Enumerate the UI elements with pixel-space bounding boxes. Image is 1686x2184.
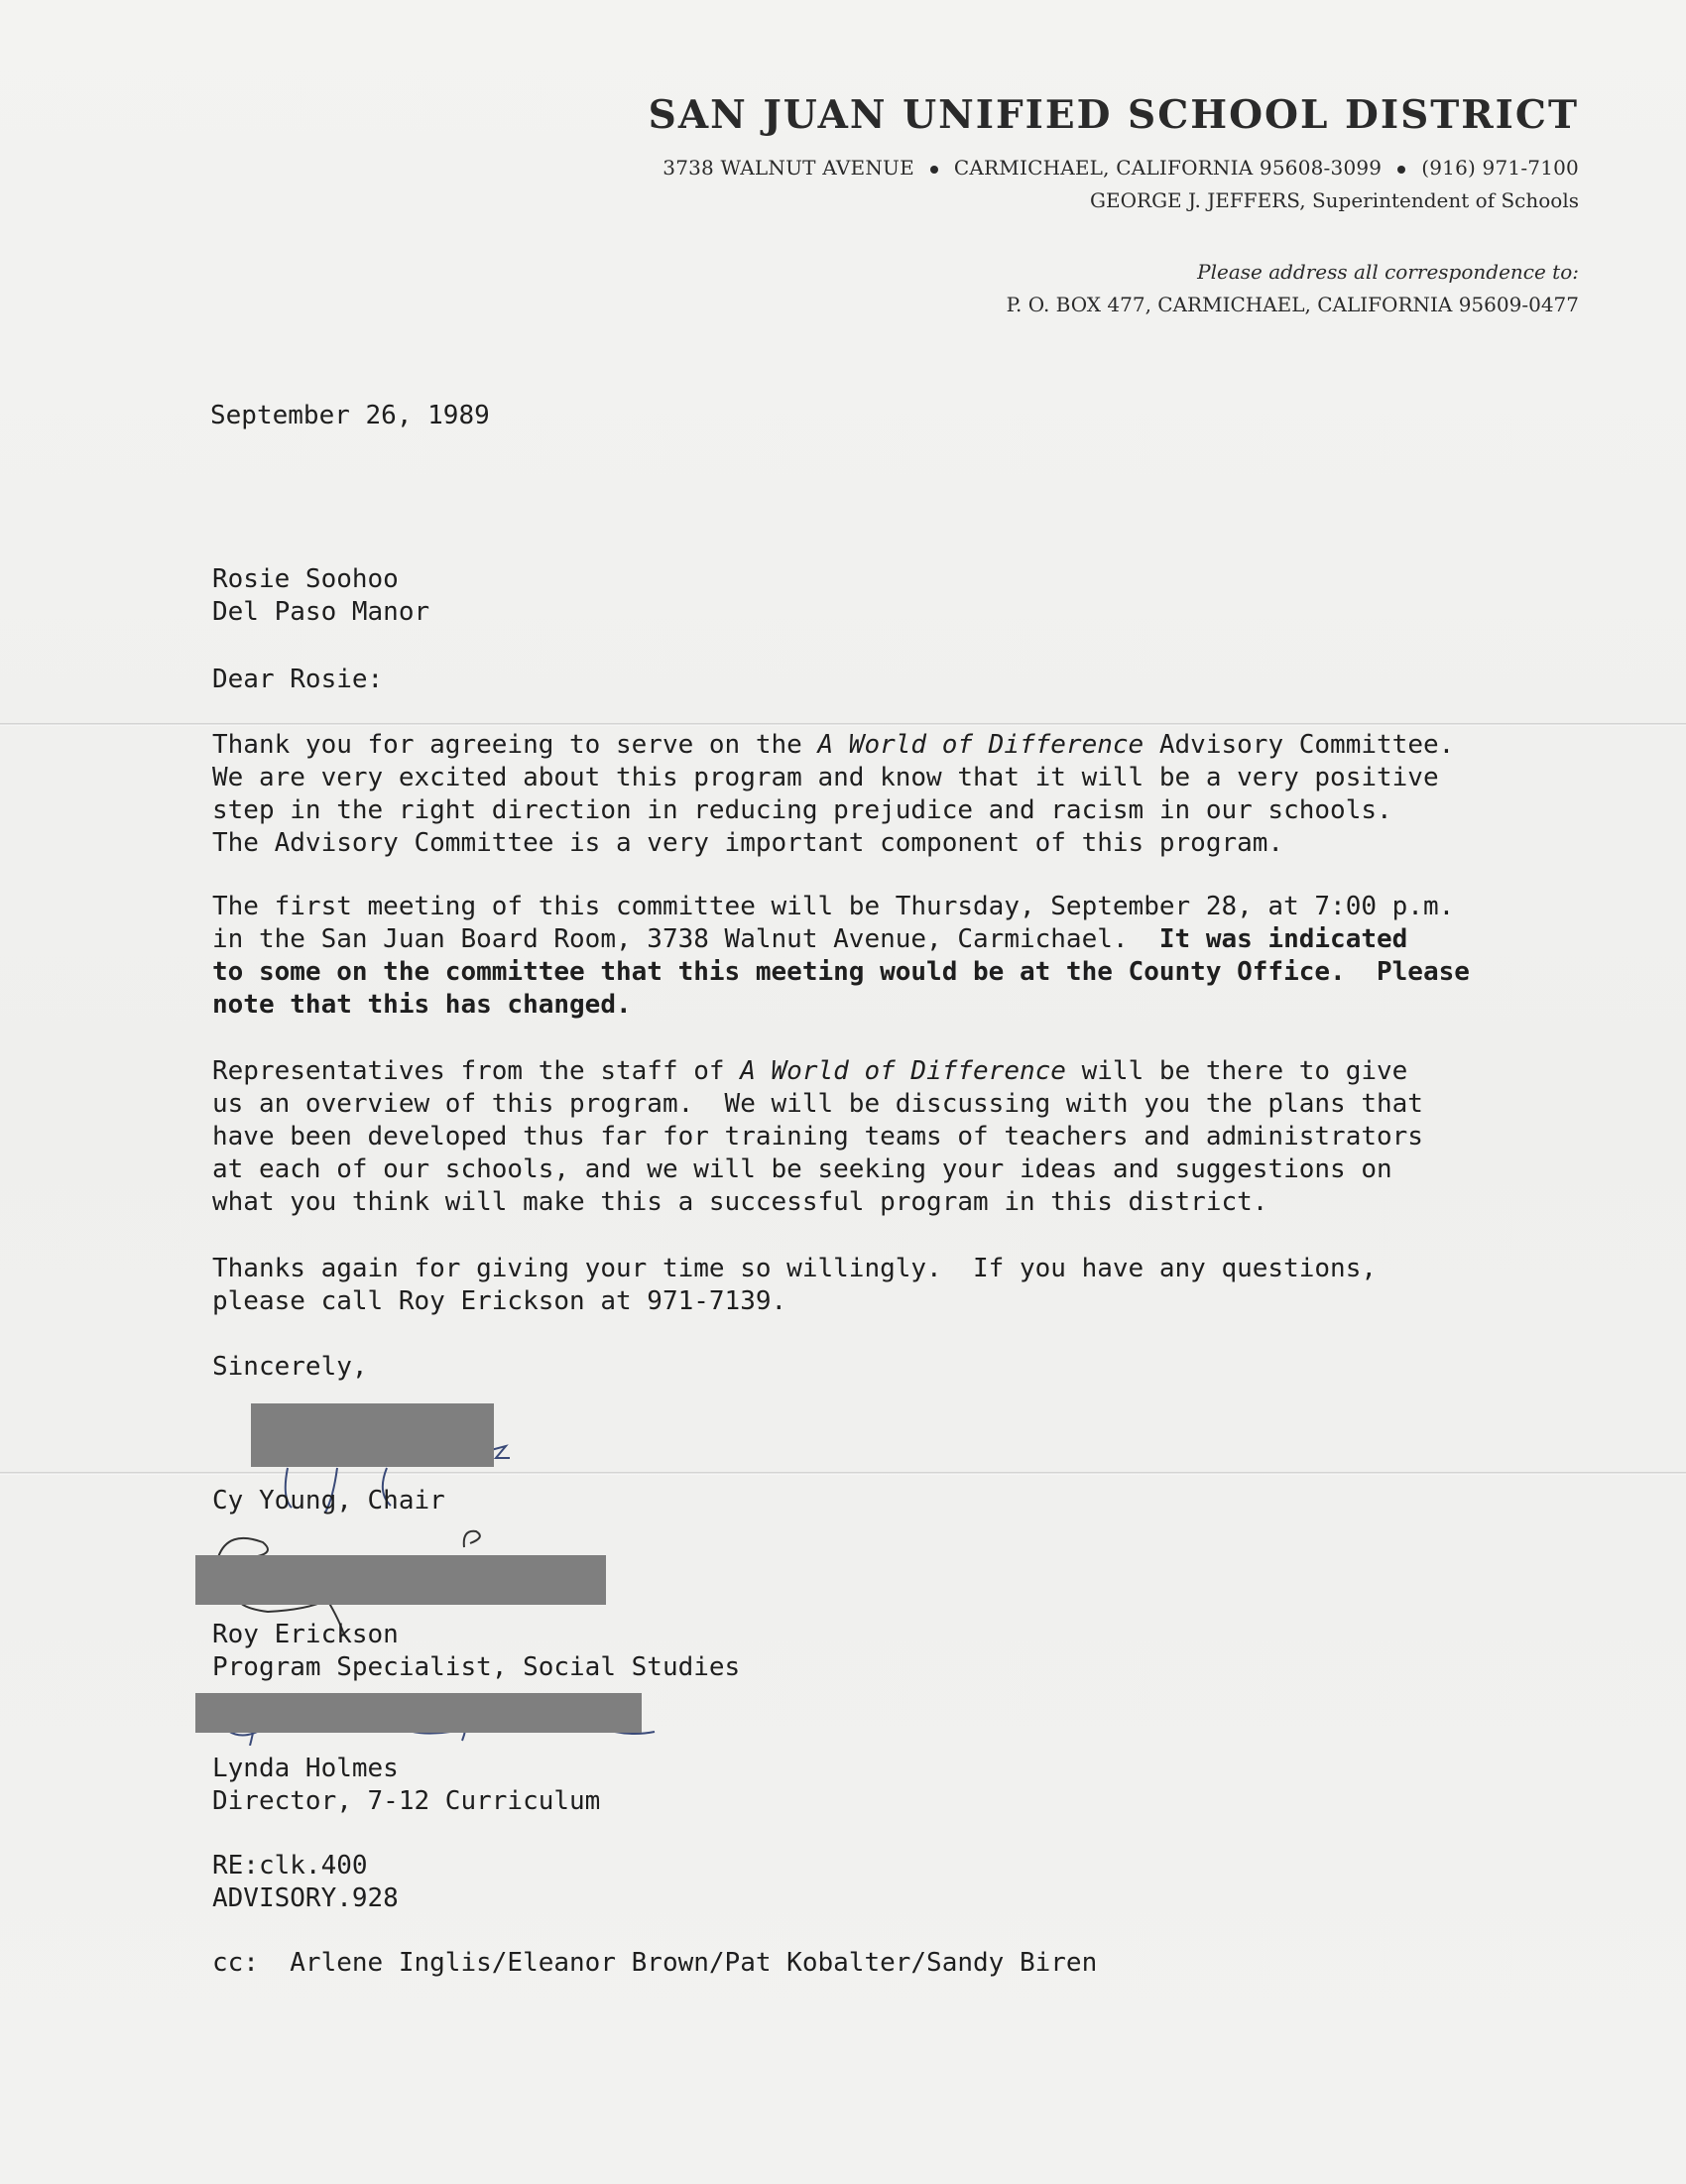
superintendent-name: GEORGE J. JEFFERS, (1090, 188, 1306, 212)
bullet-separator-icon (1397, 166, 1405, 174)
paragraph-overview: Representatives from the staff of A Worl… (212, 1055, 1423, 1219)
redacted-signature (195, 1555, 606, 1605)
salutation: Dear Rosie: (212, 664, 383, 696)
text-run: Thank you for agreeing to serve on the (212, 730, 817, 760)
superintendent-line: GEORGE J. JEFFERS, Superintendent of Sch… (1090, 188, 1579, 212)
letterhead-title: SAN JUAN UNIFIED SCHOOL DISTRICT (649, 92, 1579, 138)
redacted-signature (195, 1693, 642, 1733)
signatory-name: Cy Young, Chair (212, 1485, 445, 1517)
cc-list: cc: Arlene Inglis/Eleanor Brown/Pat Koba… (212, 1947, 1097, 1980)
paragraph-thanks: Thank you for agreeing to serve on the A… (212, 729, 1454, 860)
bullet-separator-icon (930, 166, 938, 174)
phone-number: (916) 971-7100 (1421, 156, 1579, 180)
recipient-name: Rosie Soohoo (212, 563, 429, 596)
program-name: A World of Difference (740, 1056, 1066, 1086)
signatory-block: Lynda HolmesDirector, 7-12 Curriculum (212, 1753, 600, 1818)
signatory-name: Lynda Holmes (212, 1753, 600, 1785)
text-run: We are very excited about this program a… (212, 763, 1439, 858)
recipient-location: Del Paso Manor (212, 596, 429, 629)
complimentary-close: Sincerely, (212, 1351, 368, 1384)
paragraph-meeting: The first meeting of this committee will… (212, 891, 1470, 1022)
recipient-block: Rosie SoohooDel Paso Manor (212, 563, 429, 629)
program-name: A World of Difference (817, 730, 1144, 760)
street-address: 3738 WALNUT AVENUE (662, 156, 914, 180)
paper-fold-line (0, 1472, 1686, 1475)
letterhead-address: 3738 WALNUT AVENUECARMICHAEL, CALIFORNIA… (662, 156, 1579, 180)
reference-initials: RE:clk.400 (212, 1850, 399, 1882)
city-state-zip: CARMICHAEL, CALIFORNIA 95608-3099 (954, 156, 1382, 180)
letter-date: September 26, 1989 (210, 400, 490, 432)
reference-block: RE:clk.400ADVISORY.928 (212, 1850, 399, 1915)
redacted-signature (251, 1403, 494, 1467)
text-run: Representatives from the staff of (212, 1056, 740, 1086)
paragraph-closing: Thanks again for giving your time so wil… (212, 1253, 1377, 1318)
text-run: us an overview of this program. We will … (212, 1089, 1423, 1217)
text-run: Advisory Committee. (1144, 730, 1454, 760)
signatory-block: Roy EricksonProgram Specialist, Social S… (212, 1619, 740, 1684)
correspondence-note: Please address all correspondence to: (1197, 260, 1579, 284)
po-box-address: P. O. BOX 477, CARMICHAEL, CALIFORNIA 95… (1007, 293, 1579, 316)
reference-file: ADVISORY.928 (212, 1882, 399, 1915)
superintendent-title: Superintendent of Schools (1312, 188, 1579, 212)
signatory-title: Director, 7-12 Curriculum (212, 1785, 600, 1818)
signatory-name: Roy Erickson (212, 1619, 740, 1651)
signatory-title: Program Specialist, Social Studies (212, 1651, 740, 1684)
text-run: will be there to give (1066, 1056, 1407, 1086)
paper-fold-line (0, 723, 1686, 726)
